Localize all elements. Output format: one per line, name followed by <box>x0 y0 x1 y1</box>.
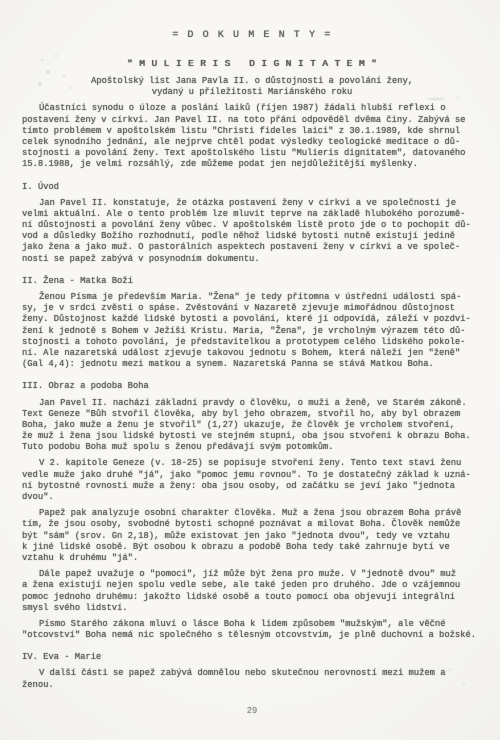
paragraph: Jan Pavel II. nachází základní pravdy o … <box>22 398 482 454</box>
text-line: dvou". <box>22 492 482 503</box>
paragraph: Písmo Starého zákona mluví o lásce Boha … <box>22 619 482 641</box>
text-line: V další části se papež zabývá domnělou n… <box>22 668 482 679</box>
text-line: Papež pak analyzuje osobní charakter člo… <box>22 508 482 519</box>
subtitle-line: Apoštolský list Jana Pavla II. o důstojn… <box>22 76 482 87</box>
text-line: Ženou Písma je především Maria. "Žena" j… <box>22 292 482 303</box>
text-line: smysl svého lidství. <box>22 603 482 614</box>
text-line: pomoc jednoho druhému: jakožto lidské os… <box>22 592 482 603</box>
text-line: velmi aktuální. Ale o tento problém lze … <box>22 209 482 220</box>
paragraph: Papež pak analyzuje osobní charakter člo… <box>22 508 482 564</box>
page-title: " M U L I E R I S D I G N I T A T E M " <box>22 58 482 70</box>
paragraph: Účastníci synodu o úloze a poslání laiků… <box>22 103 482 170</box>
masthead: = D O K U M E N T Y = " M U L I E R I S … <box>22 30 482 98</box>
text-line: jako žena a jako muž. O pastorálních asp… <box>22 242 482 253</box>
text-line: V 2. kapitole Geneze (v. 18-25) se popis… <box>22 458 482 469</box>
text-line: vod a důsledky Božího rozhodnutí, podle … <box>22 231 482 242</box>
text-line: tím, že jsou osoby, svobodné bytosti sch… <box>22 519 482 530</box>
document-body: Účastníci synodu o úloze a poslání laiků… <box>22 103 482 690</box>
text-line: sy, je v srdci zvěsti o spáse. Zvěstován… <box>22 303 482 314</box>
section-heading: III. Obraz a podoba Boha <box>22 381 482 392</box>
page-footer: 29 <box>22 700 482 718</box>
text-line: II. Žena - Matka Boží <box>22 276 482 287</box>
text-line: tímto problémem v apoštolském listu "Chr… <box>22 126 482 137</box>
page-number: 29 <box>247 706 258 716</box>
paragraph: V 2. kapitole Geneze (v. 18-25) se popis… <box>22 458 482 503</box>
text-line: ženou. <box>22 680 482 691</box>
text-line: 15.8.1988, je velmi rozsáhlý, zde můžeme… <box>22 159 482 170</box>
text-line: být "sám" (srov. Gn 2,18), může existova… <box>22 531 482 542</box>
text-line: ní důstojnosti a povolání ženy vůbec. V … <box>22 220 482 231</box>
text-line: ženy. Důstojnost každé lidské bytosti a … <box>22 314 482 325</box>
text-line: III. Obraz a podoba Boha <box>22 381 482 392</box>
text-line: postavení ženy v církvi. Jan Pavel II. n… <box>22 115 482 126</box>
scanned-page: = D O K U M E N T Y = " M U L I E R I S … <box>0 0 500 740</box>
rubric-dokumenty: = D O K U M E N T Y = <box>22 30 482 42</box>
section-heading: I. Úvod <box>22 182 482 193</box>
text-line: ní bytostné rovnosti muže a ženy: oba js… <box>22 481 482 492</box>
text-line: Jan Pavel II. nachází základní pravdy o … <box>22 398 482 409</box>
paragraph: Dále papež uvažuje o "pomoci", jíž může … <box>22 569 482 614</box>
text-line: "otcovství" Boha nemá nic společného s t… <box>22 630 482 641</box>
text-line: a žena existují nejen spolu vedle sebe, … <box>22 580 482 591</box>
text-line: Boha, jako muže a ženu je stvořil" (1,27… <box>22 420 482 431</box>
section-heading: IV. Eva - Marie <box>22 652 482 663</box>
text-line: ní. Ale nazaretská událost zjevuje takov… <box>22 348 482 359</box>
text-line: Dále papež uvažuje o "pomoci", jíž může … <box>22 569 482 580</box>
paragraph: Ženou Písma je především Maria. "Žena" j… <box>22 292 482 370</box>
text-line: (Gal 4,4): jednotu mezi matkou a synem. … <box>22 359 482 370</box>
paragraph: Jan Pavel II. konstatuje, že otázka post… <box>22 198 482 265</box>
text-line: IV. Eva - Marie <box>22 652 482 663</box>
text-line: k jiné lidské osobě. Být osobou k obrazu… <box>22 542 482 553</box>
subtitle: Apoštolský list Jana Pavla II. o důstojn… <box>22 76 482 98</box>
text-line: vztahu k druhému "já". <box>22 553 482 564</box>
text-line: žení k jednotě s Bohem v Ježíši Kristu. … <box>22 326 482 337</box>
text-line: Písmo Starého zákona mluví o lásce Boha … <box>22 619 482 630</box>
text-line: stojnosti a tohoto povolání, je představ… <box>22 337 482 348</box>
text-line: vedle muže jako druhé "já", jako "pomoc … <box>22 470 482 481</box>
text-line: I. Úvod <box>22 182 482 193</box>
text-line: Tuto podobu Boha muž spolu s ženou předá… <box>22 442 482 453</box>
text-line: Účastníci synodu o úloze a poslání laiků… <box>22 103 482 114</box>
text-line: že muž i žena jsou lidské bytosti ve ste… <box>22 431 482 442</box>
text-line: Jan Pavel II. konstatuje, že otázka post… <box>22 198 482 209</box>
section-heading: II. Žena - Matka Boží <box>22 276 482 287</box>
text-line: nosti se papež zabývá v posynodním dokum… <box>22 254 482 265</box>
text-line: celek synodního jednání, ale nejprve cht… <box>22 137 482 148</box>
text-line: stojnosti a povolání ženy. Text apoštols… <box>22 148 482 159</box>
paragraph: V další části se papež zabývá domnělou n… <box>22 668 482 690</box>
text-line: Text Geneze "Bůh stvořil člověka, aby by… <box>22 409 482 420</box>
subtitle-line: vydaný u příležitosti Mariánského roku <box>22 87 482 98</box>
